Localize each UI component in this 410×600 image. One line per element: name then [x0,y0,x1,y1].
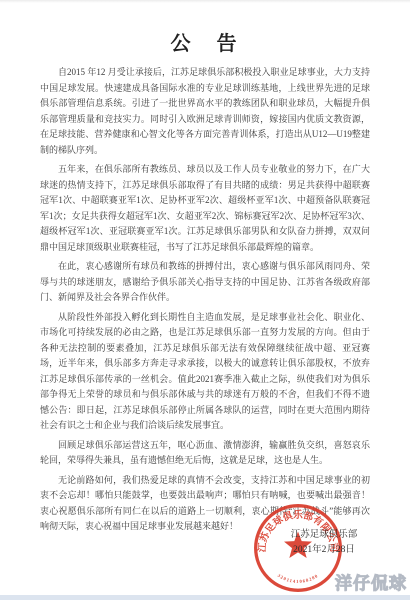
signature-block: 江苏足球俱乐部 2021年2月28日 [282,528,366,558]
announcement-document: 公 告 自2015 年12 月受让承接后，江苏足球俱乐部积极投入职业足球事业，大… [0,0,410,600]
paragraph-2: 五年来，在俱乐部所有教练员、球员以及工作人员专业敬业的努力下，在广大球迷的热情支… [40,162,370,255]
page-title: 公 告 [0,0,410,55]
signature-date: 2021年2月28日 [282,543,366,558]
signature-org: 江苏足球俱乐部 [282,528,366,543]
stamp-serial: 3201141068280 [277,573,320,584]
paragraph-3: 在此，衷心感谢所有球员和教练的拼搏付出，衷心感谢与俱乐部风雨同舟、荣辱与共的球迷… [40,259,370,306]
watermark: 洋仔侃球 [335,569,407,594]
svg-text:3201141068280: 3201141068280 [277,573,320,584]
paragraph-4: 从阶段性外部投入孵化到长期性自主造血发展，是足球事业社会化、职业化、市场化可持续… [40,310,370,434]
document-body: 自2015 年12 月受让承接后，江苏足球俱乐部积极投入职业足球事业，大力支持中… [40,65,370,535]
bottom-strip [0,595,410,600]
paragraph-1: 自2015 年12 月受让承接后，江苏足球俱乐部积极投入职业足球事业，大力支持中… [40,65,370,158]
paragraph-5: 回顾足球俱乐部运营这五年，呕心沥血、激情澎湃，输赢胜负交织，喜怒哀乐轮回，荣辱得… [40,438,370,469]
